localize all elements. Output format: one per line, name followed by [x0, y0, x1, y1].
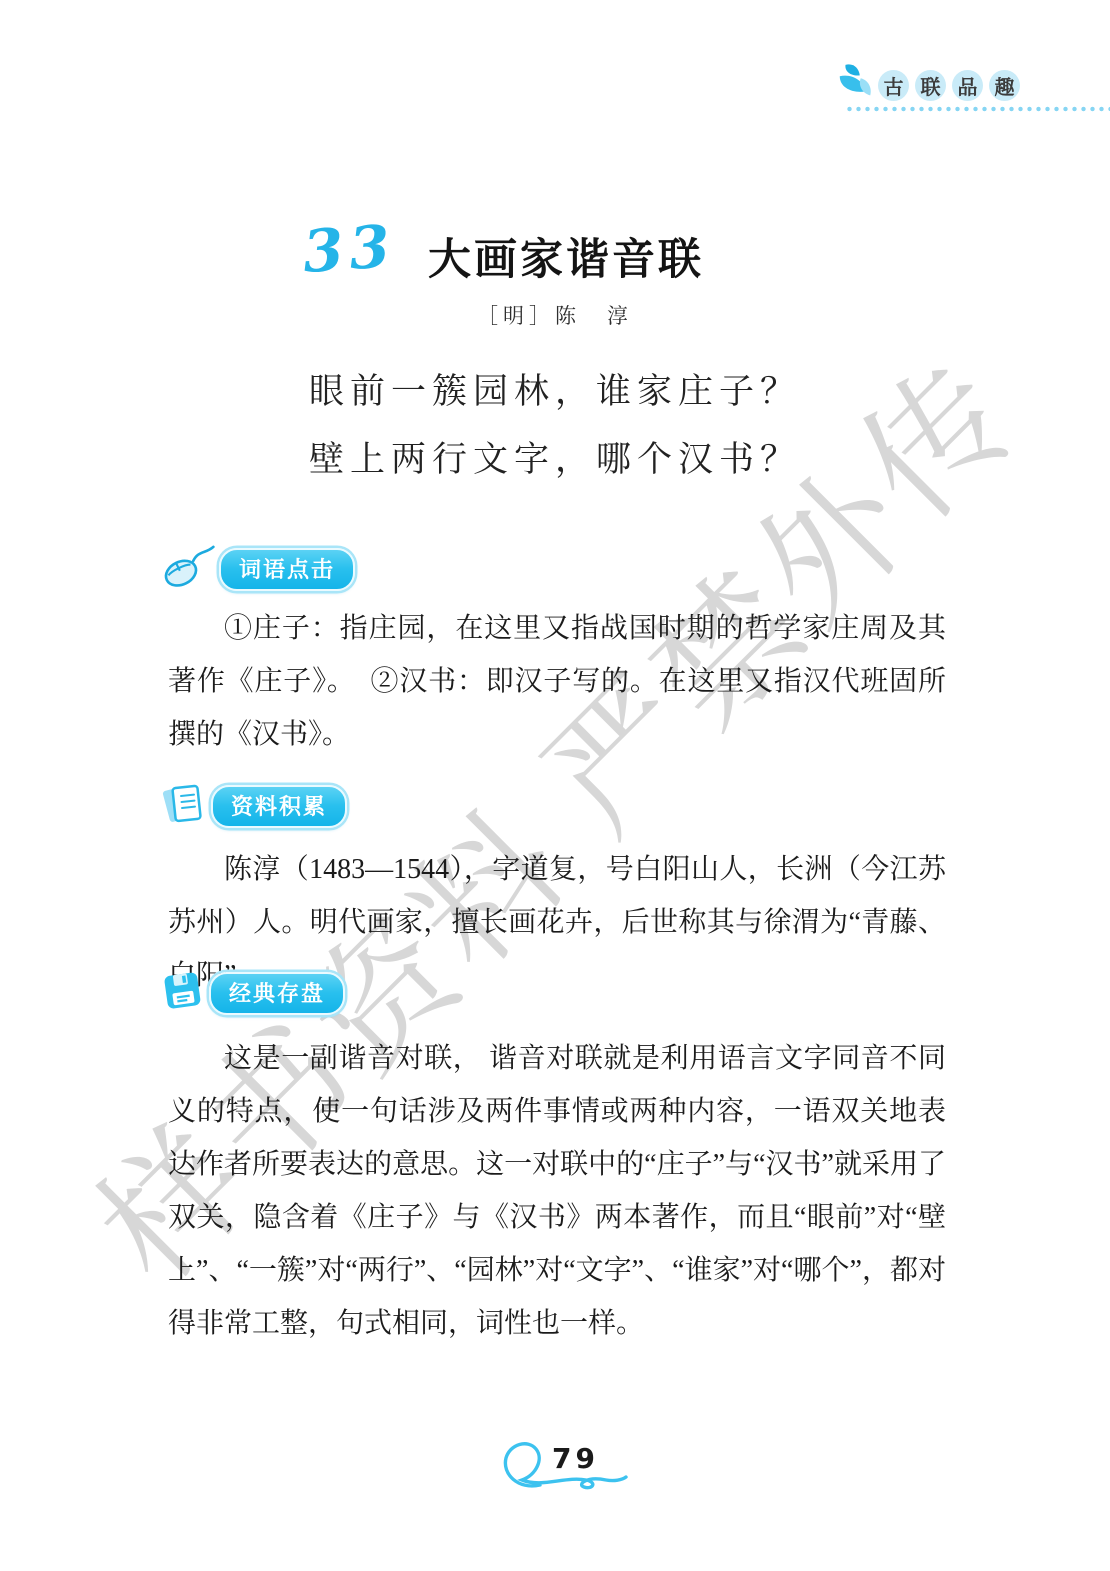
couplet-line-1: 眼前一簇园林，谁家庄子？ [0, 364, 1110, 414]
section-badge-words: 词语点击 [219, 548, 355, 591]
lesson-number: 33 [301, 212, 398, 286]
mouse-icon [160, 543, 216, 596]
series-char: 古 [878, 70, 909, 101]
series-char: 品 [952, 70, 983, 101]
author-line: ［明］陈 淳 [0, 300, 1110, 330]
floppy-disk-icon [160, 967, 206, 1020]
section-classic-header: 经典存盘 [160, 967, 345, 1020]
section-badge-classic: 经典存盘 [209, 972, 345, 1015]
couplet-line-2: 壁上两行文字，哪个汉书？ [0, 432, 1110, 482]
words-note-text: ①庄子：指庄园，在这里又指战国时期的哲学家庄周及其著作《庄子》。 ②汉书：即汉子… [168, 602, 946, 761]
document-icon [160, 779, 208, 834]
series-char: 趣 [989, 70, 1020, 101]
book-page: 样书资料 严禁外传 古 联 品 趣 33 大画家谐音联 ［明］陈 淳 眼前一簇园… [0, 0, 1110, 1571]
series-char: 联 [915, 70, 946, 101]
lesson-title: 大画家谐音联 [428, 226, 704, 287]
section-badge-materials: 资料积累 [211, 785, 347, 828]
section-words-header: 词语点击 [160, 543, 355, 596]
classic-commentary-text: 这是一副谐音对联， 谐音对联就是利用语言文字同音不同义的特点，使一句话涉及两件事… [168, 1032, 946, 1350]
leaf-icon [834, 62, 876, 107]
series-title: 古 联 品 趣 [878, 70, 1020, 101]
header-dotted-rule [845, 106, 1110, 112]
section-materials-header: 资料积累 [160, 779, 347, 834]
page-number: 79 [552, 1442, 599, 1475]
